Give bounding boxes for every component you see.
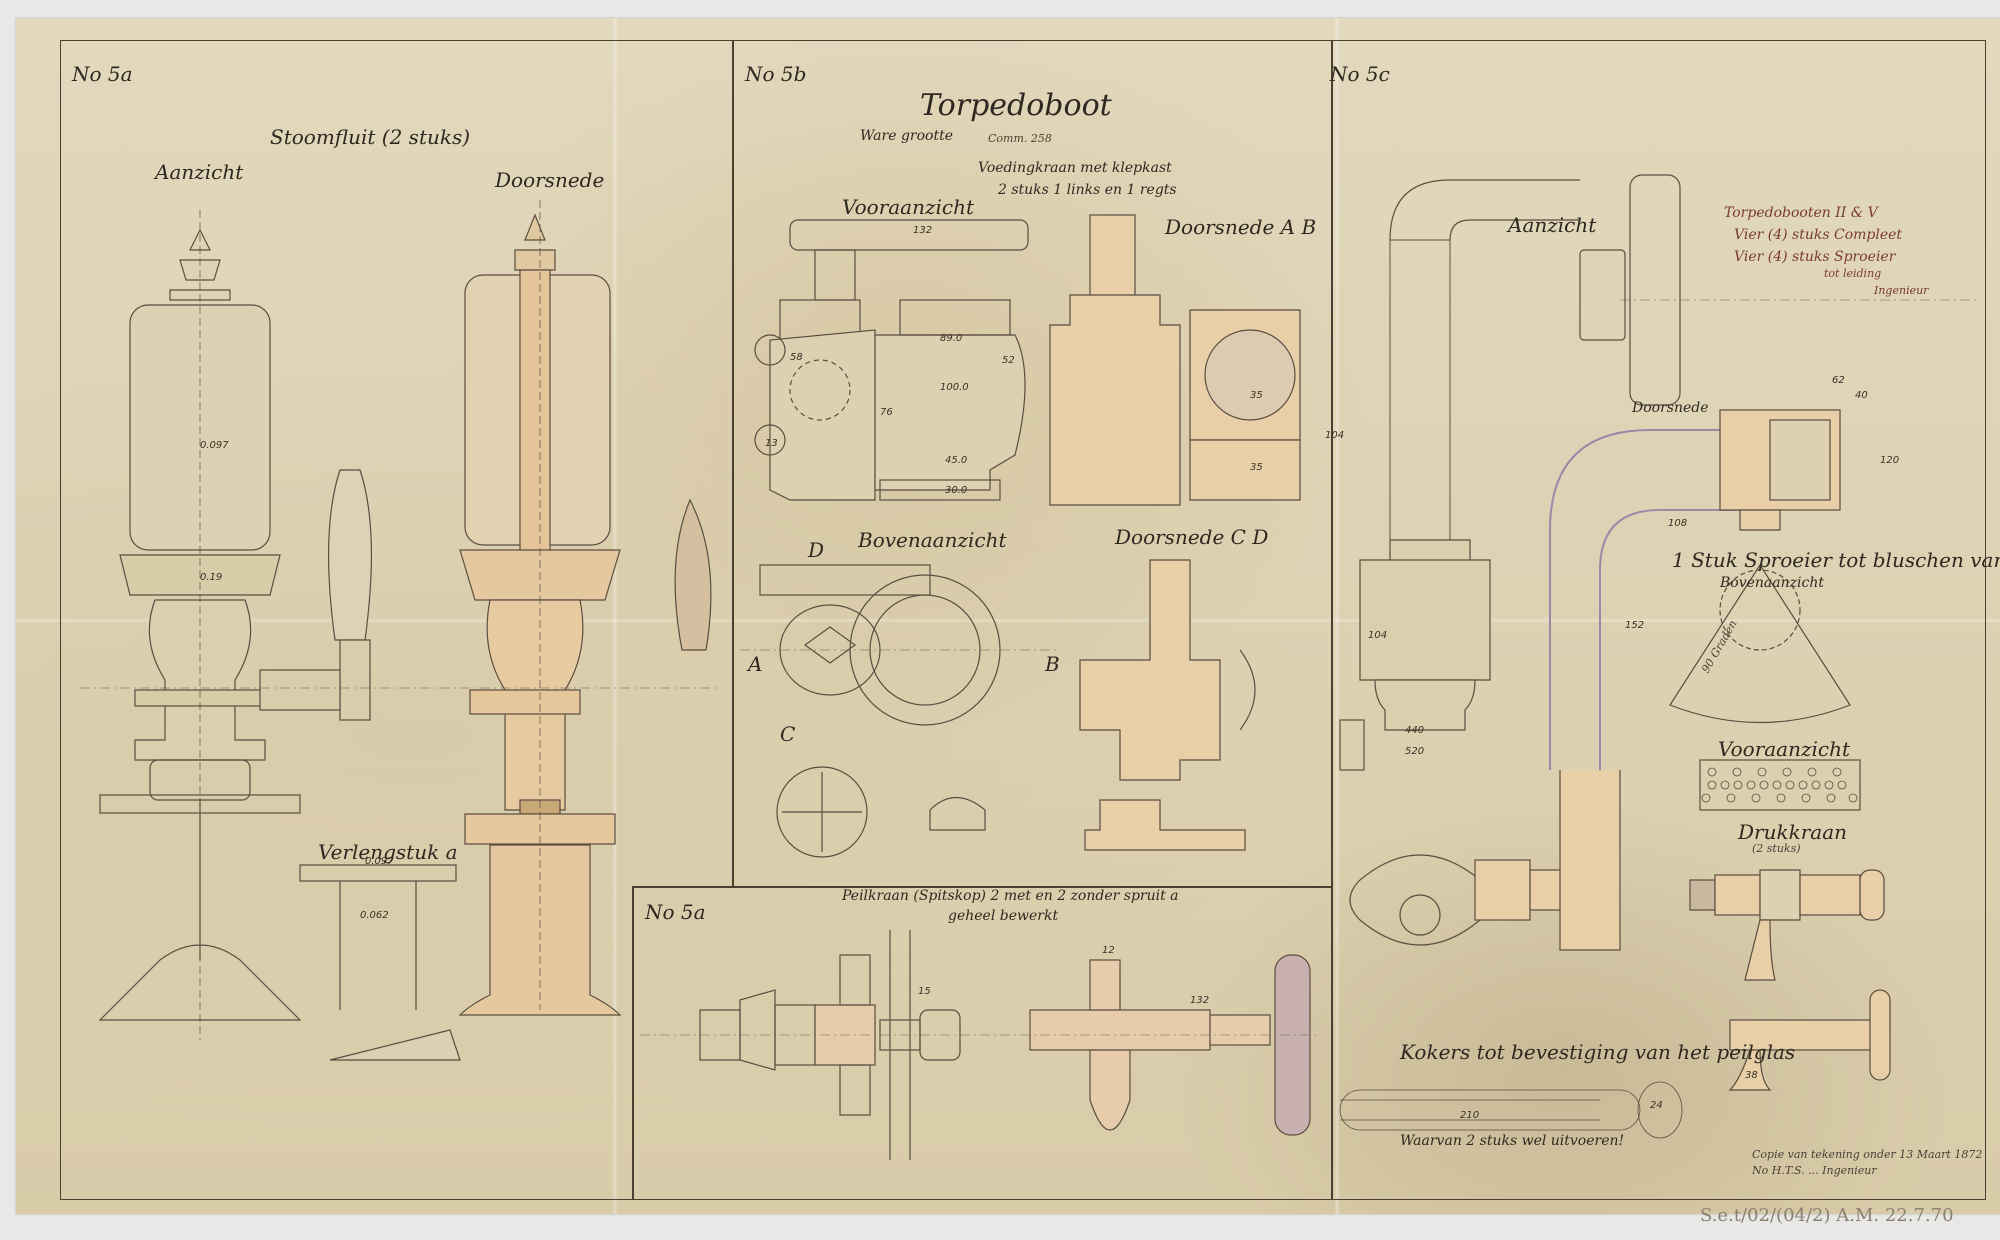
gauge-cock-title: Peilkraan (Spitskop) 2 met en 2 zonder s… — [842, 888, 1179, 904]
dimension-label: 210 — [1460, 1110, 1479, 1121]
dimension-label: 40 — [1855, 390, 1868, 401]
whistle-section-view — [460, 200, 620, 1015]
dimension-label: 108 — [1668, 518, 1687, 529]
dimension-label: 15 — [918, 986, 931, 997]
pressure-plug-qty: (2 stuks) — [1752, 842, 1801, 855]
signature-line1: Copie van tekening onder 13 Maart 1872 — [1752, 1148, 1982, 1161]
elbow-section-label: Doorsnede — [1632, 400, 1709, 416]
dimension-label: 104 — [1368, 630, 1387, 641]
panel-number-5b: No 5b — [745, 62, 806, 86]
dimension-label: 132 — [1190, 995, 1209, 1006]
gauge-glass-note2: Waarvan 2 stuks wel uitvoeren! — [1400, 1133, 1624, 1149]
panel-b-title: Torpedoboot — [920, 88, 1112, 123]
panel-b-subtitle2: 2 stuks 1 links en 1 regts — [998, 182, 1177, 198]
valve-front-view-label: Vooraanzicht — [842, 195, 974, 219]
dimension-label: 89.0 — [940, 333, 962, 344]
marker-d: D — [808, 538, 824, 562]
pipe-flange — [1720, 410, 1840, 530]
valve-section-cd — [1080, 560, 1255, 850]
dimension-label: 440 — [1405, 725, 1424, 736]
dimension-label: 0.097 — [200, 440, 229, 451]
section-lever — [675, 500, 711, 650]
panel-b-subtitle: Voedingkraan met klepkast — [978, 160, 1172, 176]
gauge-glass-tubes — [1340, 1082, 1682, 1138]
whistle-lever — [260, 470, 371, 720]
panel-number-5a: No 5a — [72, 62, 133, 86]
dimension-label: 24 — [1650, 1100, 1663, 1111]
dimension-label: 35 — [1250, 462, 1263, 473]
dimension-label: 62 — [1832, 375, 1845, 386]
dimension-label: 520 — [1405, 746, 1424, 757]
dimension-label: 30.0 — [945, 485, 967, 496]
dimension-label: 76 — [880, 407, 893, 418]
panel-number-5c: No 5c — [1330, 62, 1390, 86]
red-note-line1: Torpedobooten II & V — [1724, 205, 1892, 221]
dimension-label: 132 — [913, 225, 932, 236]
marker-a: A — [748, 652, 762, 676]
dimension-label: 100.0 — [940, 382, 969, 393]
marker-c: C — [780, 722, 795, 746]
dimension-label: 152 — [1625, 620, 1644, 631]
scale-label: Ware grootte — [860, 128, 953, 144]
dimension-label: 58 — [790, 352, 803, 363]
dimension-label: 35 — [1250, 390, 1263, 401]
scale-note: Comm. 258 — [988, 132, 1052, 145]
pressure-plug-title: Drukkraan — [1738, 820, 1847, 844]
signature-line2: No H.T.S. ... Ingenieur — [1752, 1164, 1877, 1177]
valve-section-cd-label: Doorsnede C D — [1115, 525, 1268, 549]
sprayer-top-view-label: Bovenaanzicht — [1720, 575, 1824, 591]
panel-number-5a-lower: No 5a — [645, 900, 706, 924]
sprayer-front-view-label: Vooraanzicht — [1718, 737, 1850, 761]
sprayer-holes — [1702, 768, 1857, 802]
dimension-label: 120 — [1880, 455, 1899, 466]
red-note-line2: Vier (4) stuks Compleet — [1734, 227, 1902, 243]
archive-reference: S.e.t/02/(04/2) A.M. 22.7.70 — [1700, 1205, 1954, 1226]
dimension-label: 0.062 — [360, 910, 389, 921]
whistle-front-view — [100, 210, 300, 1040]
red-ink-note: Torpedobooten II & V Vier (4) stuks Comp… — [1724, 205, 1892, 279]
dimension-label: 0.097 — [365, 856, 394, 867]
dimension-label: 38 — [1745, 1070, 1758, 1081]
panel-a-title: Stoomfluit (2 stuks) — [270, 125, 470, 149]
dimension-label: 52 — [1002, 355, 1015, 366]
dimension-label: 0.19 — [200, 572, 222, 583]
red-note-line3: Vier (4) stuks Sproeier — [1734, 249, 1902, 265]
sprayer-fan — [1670, 565, 1860, 810]
valve-top-view-label: Bovenaanzicht — [858, 528, 1007, 552]
extension-piece — [300, 865, 460, 1060]
whistle-front-view-label: Aanzicht — [155, 160, 243, 184]
dimension-label: 104 — [1325, 430, 1344, 441]
dimension-label: 13 — [765, 438, 778, 449]
whistle-section-view-label: Doorsnede — [495, 168, 604, 192]
marker-b: B — [1045, 652, 1060, 676]
gauge-glass-note: Kokers tot bevestiging van het peilglas — [1400, 1040, 1795, 1064]
elbow-pipe-side — [1340, 175, 1680, 770]
elbow-side-view-label: Aanzicht — [1508, 213, 1596, 237]
dimension-label: 12 — [1102, 945, 1115, 956]
valve-top-view — [760, 565, 1000, 857]
red-note-signature: Ingenieur — [1874, 284, 2000, 297]
red-note-line4: tot leiding — [1824, 267, 1992, 280]
sprayer-title: 1 Stuk Sproeier tot bluschen van 't vuur — [1672, 548, 2000, 572]
pipe-base-flange — [1350, 770, 1620, 950]
gauge-cock-title2: geheel bewerkt — [948, 908, 1058, 924]
valve-section-ab-label: Doorsnede A B — [1165, 215, 1316, 239]
dimension-label: 45.0 — [945, 455, 967, 466]
gauge-cock-drawing — [700, 930, 1310, 1160]
